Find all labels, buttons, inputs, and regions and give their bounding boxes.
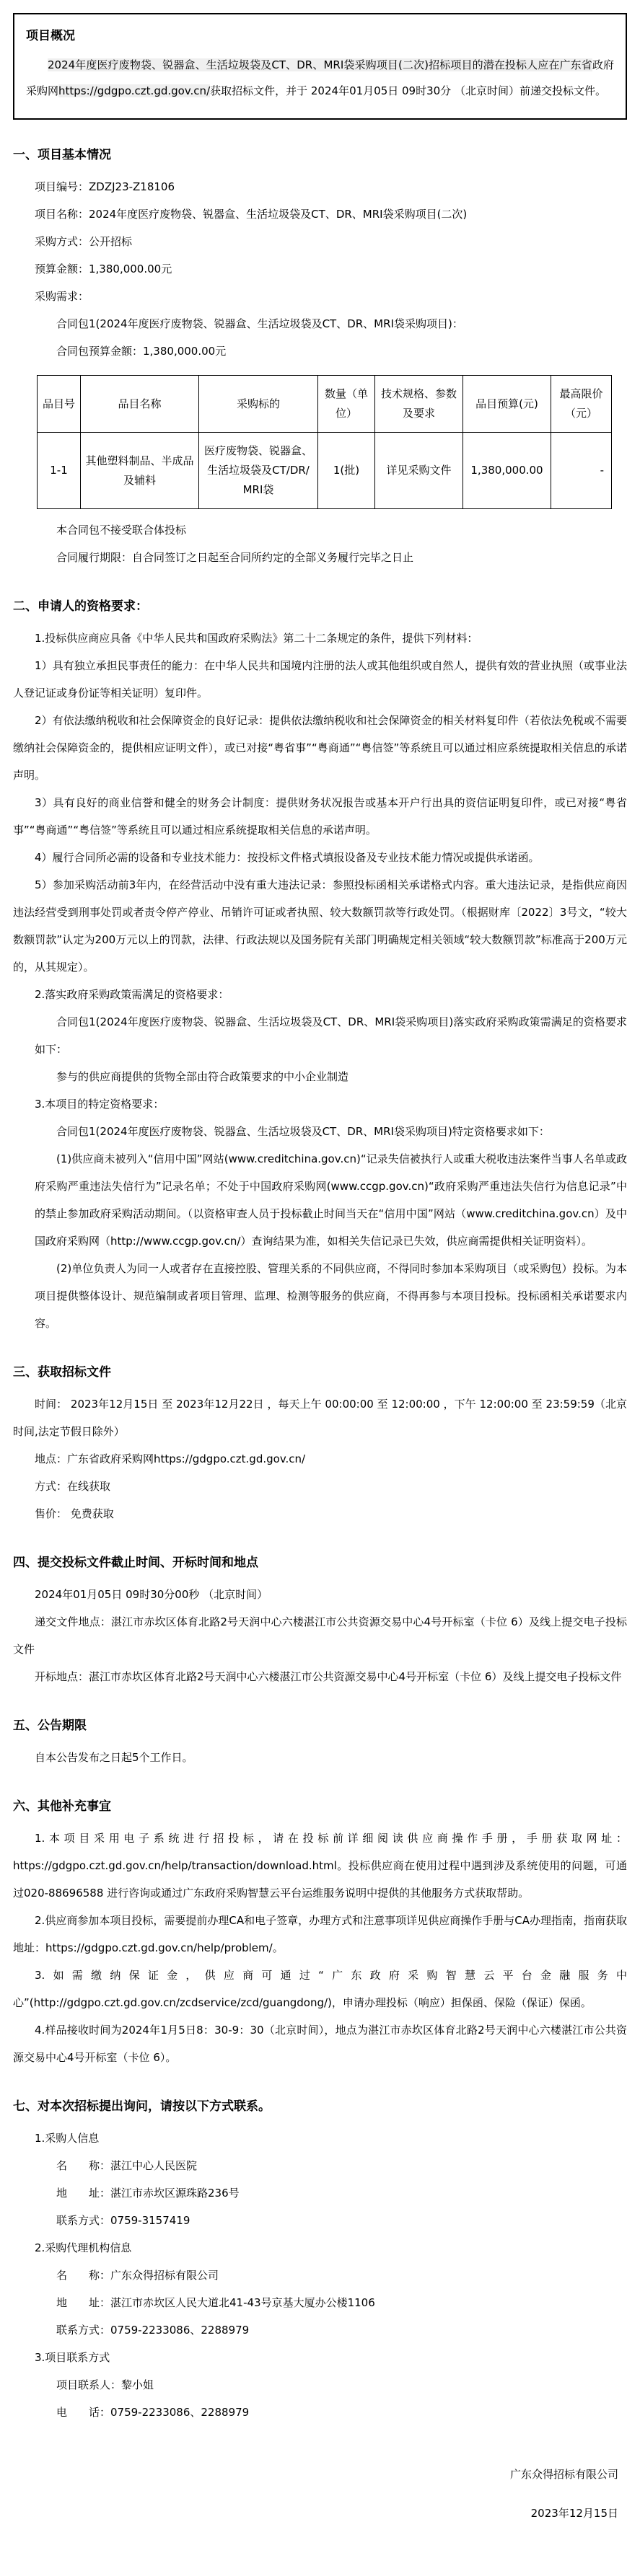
supplementary-para-3: 3.如需缴纳保证金，供应商可通过“广东政府采购智慧云平台金融服务中心”(http… — [13, 1962, 627, 2016]
obtain-time: 时间： 2023年12月15日 至 2023年12月22日 ，每天上午 00:0… — [13, 1390, 627, 1445]
procurement-items-table: 品目号 品目名称 采购标的 数量（单位） 技术规格、参数及要求 品目预算(元) … — [37, 375, 612, 509]
agency-name: 名 称：广东众得招标有限公司 — [35, 2262, 627, 2289]
qualification-para-policy-package: 合同包1(2024年度医疗废物袋、锐器盒、生活垃圾袋及CT、DR、MRI袋采购项… — [35, 1008, 627, 1063]
header-item-budget: 品目预算(元) — [463, 376, 551, 433]
deadline-datetime: 2024年01月05日 09时30分00秒 （北京时间） — [13, 1581, 627, 1608]
qualification-para-4: 3）具有良好的商业信誉和健全的财务会计制度：提供财务状况报告或基本开户行出具的资… — [13, 789, 627, 844]
para-package-budget: 合同包预算金额：1,380,000.00元 — [35, 338, 627, 365]
procurement-site-url: https://gdgpo.czt.gd.gov.cn/ — [58, 84, 210, 97]
qualification-para-6: 5）参加采购活动前3年内，在经营活动中没有重大违法记录：参照投标函相关承诺格式内… — [13, 871, 627, 981]
project-overview-box: 项目概况 2024年度医疗废物袋、锐器盒、生活垃圾袋及CT、DR、MRI袋采购项… — [13, 13, 627, 120]
para-contract-package: 合同包1(2024年度医疗废物袋、锐器盒、生活垃圾袋及CT、DR、MRI袋采购项… — [35, 310, 627, 338]
cell-procurement-target: 医疗废物袋、锐器盒、生活垃圾袋及CT/DR/MRI袋 — [199, 433, 318, 509]
section-heading-basic-info: 一、项目基本情况 — [13, 144, 627, 166]
purchaser-info-title: 1.采购人信息 — [13, 2125, 627, 2152]
purchaser-phone: 联系方式：0759-3157419 — [35, 2207, 627, 2234]
cell-item-no: 1-1 — [38, 433, 81, 509]
section-heading-deadline: 四、提交投标文件截止时间、开标时间和地点 — [13, 1552, 627, 1574]
para-budget-amount: 预算金额：1,380,000.00元 — [13, 255, 627, 283]
project-name-highlight: 2024年度医疗废物袋、锐器盒、生活垃圾袋及CT、DR、MRI袋采购项目(二次)… — [48, 58, 592, 71]
qualification-para-credit: (1)供应商未被列入“信用中国”网站(www.creditchina.gov.c… — [35, 1145, 627, 1255]
agency-info-title: 2.采购代理机构信息 — [13, 2234, 627, 2262]
qualification-para-same-person: (2)单位负责人为同一人或者存在直接控股、管理关系的不同供应商，不得同时参加本采… — [35, 1255, 627, 1337]
para-project-name: 项目名称：2024年度医疗废物袋、锐器盒、生活垃圾袋及CT、DR、MRI袋采购项… — [13, 200, 627, 228]
overview-text-tail: 获取招标文件，并于 2024年01月05日 09时30分 （北京时间）前递交投标… — [210, 84, 606, 97]
qualification-para-2: 1）具有独立承担民事责任的能力：在中华人民共和国境内注册的法人或其他组织或自然人… — [13, 652, 627, 707]
cell-tech-spec: 详见采购文件 — [375, 433, 463, 509]
para-no-consortium: 本合同包不接受联合体投标 — [35, 516, 627, 544]
header-item-no: 品目号 — [38, 376, 81, 433]
qualification-para-sme: 参与的供应商提供的货物全部由符合政策要求的中小企业制造 — [35, 1063, 627, 1090]
project-contact-person: 项目联系人：黎小姐 — [35, 2371, 627, 2399]
announcement-period-text: 自本公告发布之日起5个工作日。 — [13, 1744, 627, 1771]
para-project-number: 项目编号：ZDZJ23-Z18106 — [13, 173, 627, 200]
cell-item-budget: 1,380,000.00 — [463, 433, 551, 509]
supplementary-para-1: 1.本项目采用电子系统进行招投标，请在投标前详细阅读供应商操作手册，手册获取网址… — [13, 1825, 627, 1907]
project-contact-phone: 电 话：0759-2233086、2288979 — [35, 2399, 627, 2426]
supplementary-para-2: 2.供应商参加本项目投标，需要提前办理CA和电子签章，办理方式和注意事项详见供应… — [13, 1907, 627, 1962]
section-heading-obtain-documents: 三、获取招标文件 — [13, 1362, 627, 1383]
section-heading-contact: 七、对本次招标提出询问，请按以下方式联系。 — [13, 2096, 627, 2117]
qualification-para-5: 4）履行合同所必需的设备和专业技术能力：按投标文件格式填报设备及专业技术能力情况… — [13, 844, 627, 871]
cell-item-name: 其他塑料制品、半成品及辅料 — [81, 433, 199, 509]
cell-max-price: - — [551, 433, 612, 509]
obtain-price: 售价： 免费获取 — [13, 1500, 627, 1527]
section-heading-announcement-period: 五、公告期限 — [13, 1715, 627, 1737]
qualification-para-specific: 3.本项目的特定资格要求： — [13, 1090, 627, 1118]
obtain-method: 方式：在线获取 — [13, 1473, 627, 1500]
section-heading-qualification: 二、申请人的资格要求： — [13, 596, 627, 617]
section-heading-supplementary: 六、其他补充事宜 — [13, 1796, 627, 1817]
header-quantity-unit: 数量（单位） — [318, 376, 375, 433]
tender-announcement-document: 项目概况 2024年度医疗废物袋、锐器盒、生活垃圾袋及CT、DR、MRI袋采购项… — [0, 0, 640, 2576]
obtain-location: 地点：广东省政府采购网https://gdgpo.czt.gd.gov.cn/ — [13, 1445, 627, 1473]
agency-address: 地 址：湛江市赤坎区人民大道北41-43号京基大厦办公楼1106 — [35, 2289, 627, 2316]
overview-title: 项目概况 — [26, 25, 614, 48]
signature-block: 广东众得招标有限公司 2023年12月15日 — [13, 2455, 627, 2533]
purchaser-name: 名 称：湛江中心人民医院 — [35, 2152, 627, 2179]
para-procurement-demand: 采购需求： — [13, 283, 627, 310]
qualification-para-3: 2）有依法缴纳税收和社会保障资金的良好记录：提供依法缴纳税收和社会保障资金的相关… — [13, 707, 627, 789]
header-procurement-target: 采购标的 — [199, 376, 318, 433]
para-contract-period: 合同履行期限：自合同签订之日起至合同所约定的全部义务履行完毕之日止 — [35, 544, 627, 571]
signature-date: 2023年12月15日 — [13, 2494, 618, 2533]
header-item-name: 品目名称 — [81, 376, 199, 433]
table-header-row: 品目号 品目名称 采购标的 数量（单位） 技术规格、参数及要求 品目预算(元) … — [38, 376, 612, 433]
qualification-para-1: 1.投标供应商应具备《中华人民共和国政府采购法》第二十二条规定的条件，提供下列材… — [13, 625, 627, 652]
overview-paragraph: 2024年度医疗废物袋、锐器盒、生活垃圾袋及CT、DR、MRI袋采购项目(二次)… — [26, 52, 614, 104]
header-tech-spec: 技术规格、参数及要求 — [375, 376, 463, 433]
bid-opening-location: 开标地点：湛江市赤坎区体育北路2号天润中心六楼湛江市公共资源交易中心4号开标室（… — [13, 1663, 627, 1690]
supplementary-para-4: 4.样品接收时间为2024年1月5日8：30-9：30（北京时间），地点为湛江市… — [13, 2016, 627, 2071]
cell-quantity-unit: 1(批) — [318, 433, 375, 509]
submission-location: 递交文件地点：湛江市赤坎区体育北路2号天润中心六楼湛江市公共资源交易中心4号开标… — [13, 1608, 627, 1663]
header-max-price: 最高限价（元） — [551, 376, 612, 433]
qualification-para-policy: 2.落实政府采购政策需满足的资格要求： — [13, 981, 627, 1008]
project-contact-title: 3.项目联系方式 — [13, 2344, 627, 2371]
table-row: 1-1 其他塑料制品、半成品及辅料 医疗废物袋、锐器盒、生活垃圾袋及CT/DR/… — [38, 433, 612, 509]
qualification-para-specific-package: 合同包1(2024年度医疗废物袋、锐器盒、生活垃圾袋及CT、DR、MRI袋采购项… — [35, 1118, 627, 1145]
agency-phone: 联系方式：0759-2233086、2288979 — [35, 2316, 627, 2344]
para-procurement-method: 采购方式：公开招标 — [13, 228, 627, 255]
signature-org: 广东众得招标有限公司 — [13, 2455, 618, 2494]
purchaser-address: 地 址：湛江市赤坎区源珠路236号 — [35, 2179, 627, 2207]
